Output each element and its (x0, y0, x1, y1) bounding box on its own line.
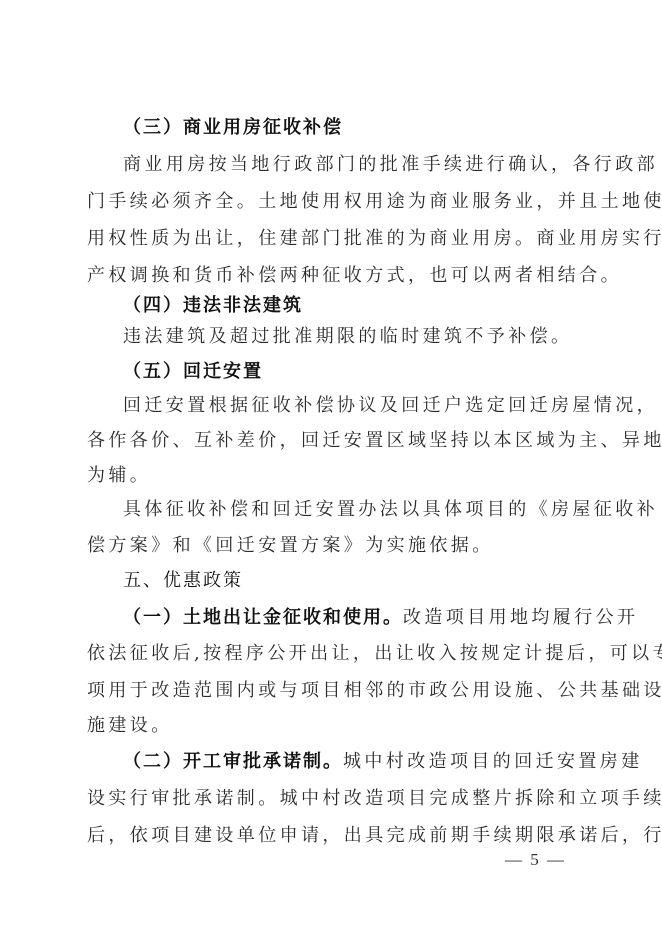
paragraph-line-first: （二）开工审批承诺制。城中村改造项目的回迁安置房建 (87, 750, 574, 774)
paragraph-line: 依法征收后,按程序公开出让，出让收入按规定计提后，可以专 (87, 642, 574, 666)
bold-lead-approval: （二）开工审批承诺制。 (123, 751, 343, 772)
paragraph-line: 施建设。 (87, 714, 574, 738)
paragraph-line: 偿方案》和《回迁安置方案》为实施依据。 (87, 534, 574, 558)
paragraph-line: 违法建筑及超过批准期限的临时建筑不予补偿。 (87, 325, 574, 349)
paragraph-line: 设实行审批承诺制。城中村改造项目完成整片拆除和立项手续 (87, 787, 574, 811)
paragraph-line: 产权调换和货币补偿两种征收方式，也可以两者相结合。 (87, 264, 574, 288)
paragraph-line: 回迁安置根据征收补偿协议及回迁户选定回迁房屋情况， (87, 394, 574, 418)
paragraph-line: 各作各价、互补差价，回迁安置区域坚持以本区域为主、异地 (87, 429, 574, 453)
paragraph-text: 城中村改造项目的回迁安置房建 (343, 751, 643, 772)
paragraph-line: 项用于改造范围内或与项目相邻的市政公用设施、公共基础设 (87, 679, 574, 703)
paragraph-line: 后，依项目建设单位申请，出具完成前期手续期限承诺后，行 (87, 824, 574, 848)
paragraph-line: 为辅。 (87, 464, 574, 488)
bold-lead-land-fee: （一）土地出让金征收和使用。 (123, 607, 403, 628)
page-number: — 5 — (505, 850, 566, 870)
paragraph-line: 门手续必须齐全。土地使用权用途为商业服务业，并且土地使 (87, 190, 574, 214)
document-page: （三）商业用房征收补偿 商业用房按当地行政部门的批准手续进行确认，各行政部 门手… (0, 0, 662, 936)
paragraph-line: 具体征收补偿和回迁安置办法以具体项目的《房屋征收补 (87, 498, 574, 522)
paragraph-text: 改造项目用地均履行公开 (403, 607, 638, 628)
heading-resettlement: （五）回迁安置 (87, 360, 574, 384)
heading-commercial-housing: （三）商业用房征收补偿 (87, 116, 574, 140)
paragraph-line: 商业用房按当地行政部门的批准手续进行确认，各行政部 (87, 153, 574, 177)
heading-illegal-buildings: （四）违法非法建筑 (87, 294, 574, 318)
heading-preferential-policies: 五、优惠政策 (87, 569, 574, 593)
paragraph-line: 用权性质为出让，住建部门批准的为商业用房。商业用房实行 (87, 227, 574, 251)
paragraph-line-first: （一）土地出让金征收和使用。改造项目用地均履行公开 (87, 606, 574, 630)
